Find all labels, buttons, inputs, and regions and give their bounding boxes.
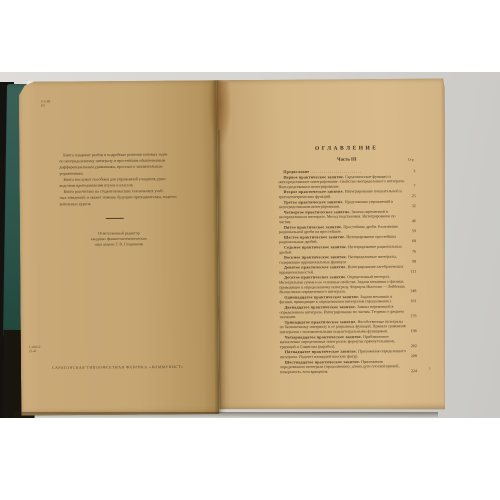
open-book: 2-3-89 БЗ Книга содержит разбор и подроб… (19, 78, 448, 415)
toc-list: Предисловие . . . . . . . . . . . . . . … (278, 169, 417, 376)
toc-entry: Шестое практическое занятие. Интегрирова… (279, 234, 416, 245)
toc-entry: Первое практическое занятие. Гармоническ… (278, 174, 415, 189)
toc-page-number: 25 (412, 194, 416, 199)
toc-entry: Пятнадцатое практическое занятие. Прилож… (280, 349, 417, 360)
toc-page-number: 224 (411, 368, 417, 373)
toc-entry: Второе практическое занятие. Интегрирова… (279, 189, 416, 200)
imprint-mark: Т-08312 25-41 (29, 345, 53, 360)
book-shadow (14, 412, 438, 418)
toc-entry: Одиннадцатое практическое занятие. Задач… (279, 294, 416, 305)
toc-page-number: 7 (414, 183, 416, 188)
photo-area: 2-3-89 БЗ Книга содержит разбор и подроб… (0, 72, 500, 418)
toc-entry: Десятое практическое занятие. Определенн… (279, 274, 416, 294)
toc-page-number: 59 (412, 229, 416, 234)
separator-dash (106, 218, 124, 219)
toc-entry: Седьмое практическое занятие. Интегриров… (279, 244, 416, 255)
toc-page-number: 76 (412, 249, 416, 254)
library-stamp: 2-3-89 БЗ (41, 99, 60, 115)
annotation-paragraph: Книга содержит разбор и подробные решени… (59, 151, 193, 212)
toc-entry: Пятое практическое занятие. Простейшие д… (279, 224, 416, 235)
toc-entry: Третье практическое занятие. Продолжение… (279, 199, 416, 210)
editor-credit: Ответственный редактор кандидат физико-м… (48, 230, 190, 264)
toc-page-number: 111 (410, 269, 416, 274)
toc-page-number: 161 (410, 299, 416, 304)
toc-entry: Двенадцатое практическое занятие. Замена… (279, 304, 416, 319)
photo-of-open-book: 2-3-89 БЗ Книга содержит разбор и подроб… (0, 0, 500, 500)
toc-page-number: 3 (413, 169, 415, 174)
toc-page-number: 32 (412, 204, 416, 209)
toc-page-number: 68 (412, 239, 416, 244)
toc-page-number: 176 (411, 314, 417, 319)
toc-page-number: 208 (411, 354, 417, 359)
toc-page-number: 46 (412, 219, 416, 224)
toc-entry: Шестнадцатое практическое занятие. Прило… (280, 359, 417, 374)
signature-mark: 1 (429, 366, 433, 374)
page-column-header: Стр. (279, 158, 414, 167)
toc-entry: Девятое практическое занятие. Интегриров… (279, 264, 416, 275)
toc-page-number: 202 (411, 343, 417, 348)
toc-entry: Четырнадцатое практическое занятие. Приб… (280, 334, 417, 349)
toc-page-number: 148 (410, 289, 416, 294)
toc-page-number: 98 (412, 259, 416, 264)
toc-entry: Восьмое практическое занятие. Неопределе… (279, 254, 416, 265)
right-page-table-of-contents: ОГЛАВЛЕНИЕ Часть III Стр. Предисловие . … (217, 78, 448, 411)
printer-line: САРАТОВСКАЯ ТИПООФСЕТНАЯ ФАБРИКА «КОММУН… (35, 364, 201, 374)
toc-heading: ОГЛАВЛЕНИЕ (279, 145, 414, 158)
toc-entry: Тринадцатое практическое занятие. Несобс… (280, 319, 417, 334)
toc-entry: Четвертое практическое занятие. Замена п… (279, 209, 416, 224)
toc-page-number: 198 (411, 329, 417, 334)
left-page: 2-3-89 БЗ Книга содержит разбор и подроб… (19, 80, 220, 416)
